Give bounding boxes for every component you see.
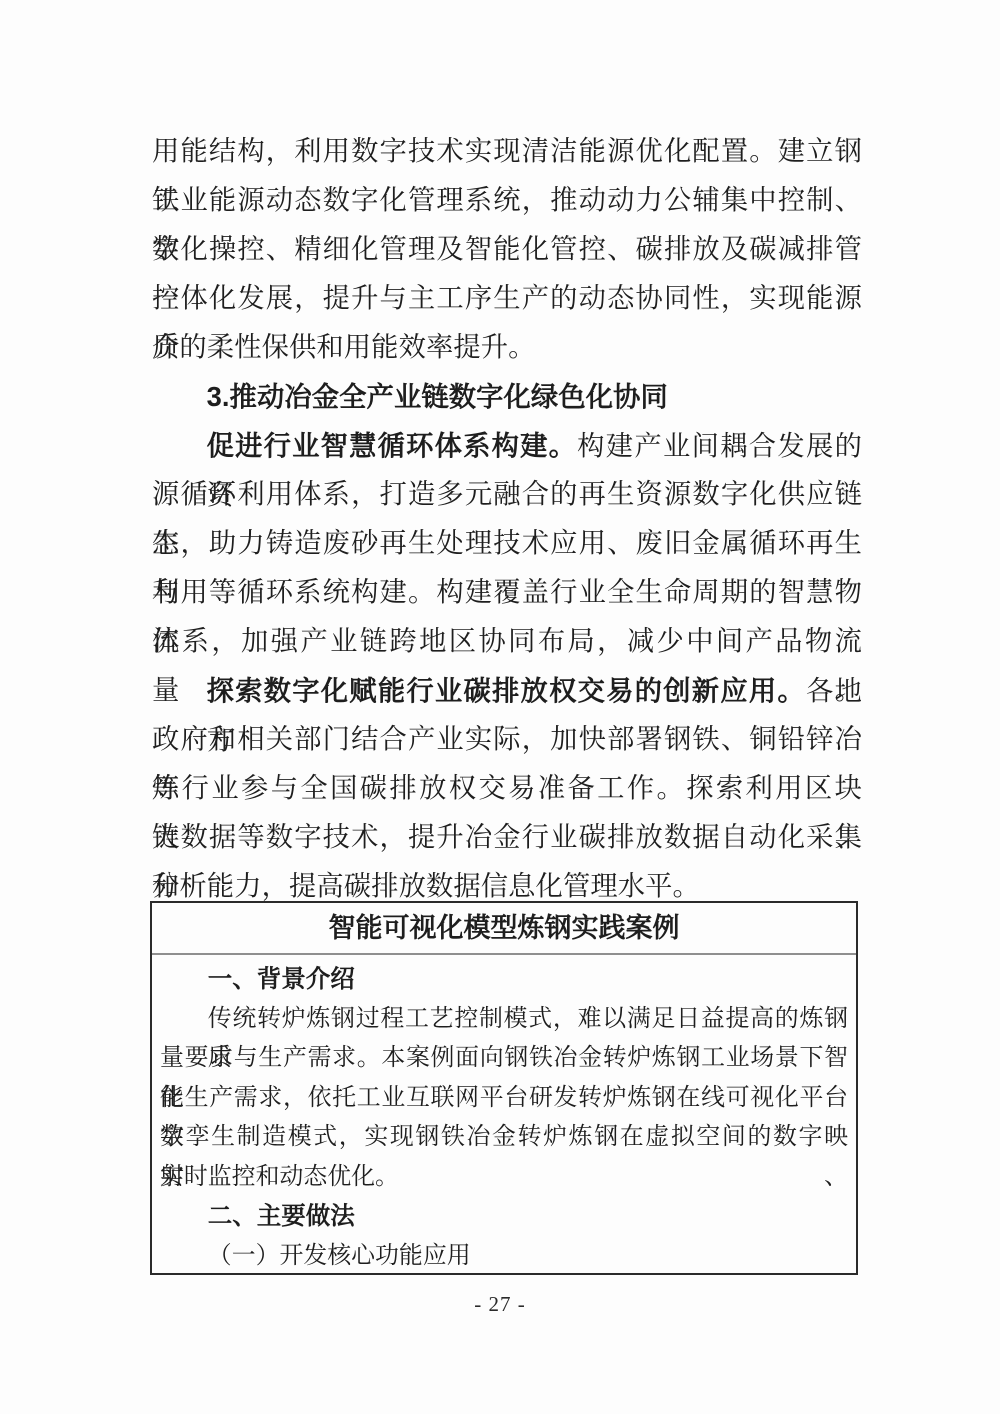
text-line: 字孪生制造模式，实现钢铁冶金转炉炼钢在虚拟空间的数字映射、 <box>160 1118 848 1158</box>
text-line: 政府和相关部门结合产业实际，加快部署钢铁、铜铅锌冶炼 <box>152 715 862 764</box>
text-line: 质的柔性保供和用能效率提升。 <box>152 323 862 372</box>
text-line: 工业能源动态数字化管理系统，推动动力公辅集中控制、数 <box>152 176 862 225</box>
text-line: 等行业参与全国碳排放权交易准备工作。探索利用区块链、 <box>152 764 862 813</box>
case-box-title: 智能可视化模型炼钢实践案例 <box>152 903 856 955</box>
text-line: 利用等循环系统构建。构建覆盖行业全生命周期的智慧物流 <box>152 568 862 617</box>
footer-page-number: - 27 - <box>0 1292 1000 1317</box>
text-line: 量要求与生产需求。本案例面向钢铁冶金转炉炼钢工业场景下智能 <box>160 1039 848 1079</box>
section-heading: 3.推动冶金全产业链数字化绿色化协同 <box>152 372 862 421</box>
paragraph: 探索数字化赋能行业碳排放权交易的创新应用。各地方 政府和相关部门结合产业实际，加… <box>152 666 862 911</box>
text-line: 一体化发展，提升与主工序生产的动态协同性，实现能源介 <box>152 274 862 323</box>
text-line: 字化操控、精细化管理及智能化管控、碳排放及碳减排管控 <box>152 225 862 274</box>
text-line: 传统转炉炼钢过程工艺控制模式，难以满足日益提高的炼钢质 <box>160 1000 848 1040</box>
text-line: 大数据等数字技术，提升冶金行业碳排放数据自动化采集和 <box>152 813 862 862</box>
bold-lead-sentence: 促进行业智慧循环体系构建。 <box>207 430 578 461</box>
case-subsection-heading: （一）开发核心功能应用 <box>160 1237 848 1277</box>
text-line: 用能结构，利用数字技术实现清洁能源优化配置。建立钢铁 <box>152 127 862 176</box>
text-line: 源循环利用体系，打造多元融合的再生资源数字化供应链生 <box>152 470 862 519</box>
document-page: 用能结构，利用数字技术实现清洁能源优化配置。建立钢铁 工业能源动态数字化管理系统… <box>0 0 1000 1414</box>
case-box-body: 一、背景介绍 传统转炉炼钢过程工艺控制模式，难以满足日益提高的炼钢质 量要求与生… <box>152 955 856 1276</box>
text-line: 态，助力铸造废砂再生处理技术应用、废旧金属循环再生与 <box>152 519 862 568</box>
text-line: 体系，加强产业链跨地区协同布局，减少中间产品物流量。 <box>152 617 862 666</box>
bold-lead-sentence: 探索数字化赋能行业碳排放权交易的创新应用。 <box>207 675 806 706</box>
case-study-box: 智能可视化模型炼钢实践案例 一、背景介绍 传统转炉炼钢过程工艺控制模式，难以满足… <box>150 901 858 1275</box>
text-line: 探索数字化赋能行业碳排放权交易的创新应用。各地方 <box>152 666 862 715</box>
text-line: 促进行业智慧循环体系构建。构建产业间耦合发展的资 <box>152 421 862 470</box>
paragraph: 用能结构，利用数字技术实现清洁能源优化配置。建立钢铁 工业能源动态数字化管理系统… <box>152 127 862 372</box>
text-line: 化生产需求，依托工业互联网平台研发转炉炼钢在线可视化平台数 <box>160 1079 848 1119</box>
case-section-heading: 一、背景介绍 <box>160 960 848 1000</box>
case-section-heading: 二、主要做法 <box>160 1197 848 1237</box>
body-text-column: 用能结构，利用数字技术实现清洁能源优化配置。建立钢铁 工业能源动态数字化管理系统… <box>152 127 862 911</box>
paragraph: 促进行业智慧循环体系构建。构建产业间耦合发展的资 源循环利用体系，打造多元融合的… <box>152 421 862 666</box>
